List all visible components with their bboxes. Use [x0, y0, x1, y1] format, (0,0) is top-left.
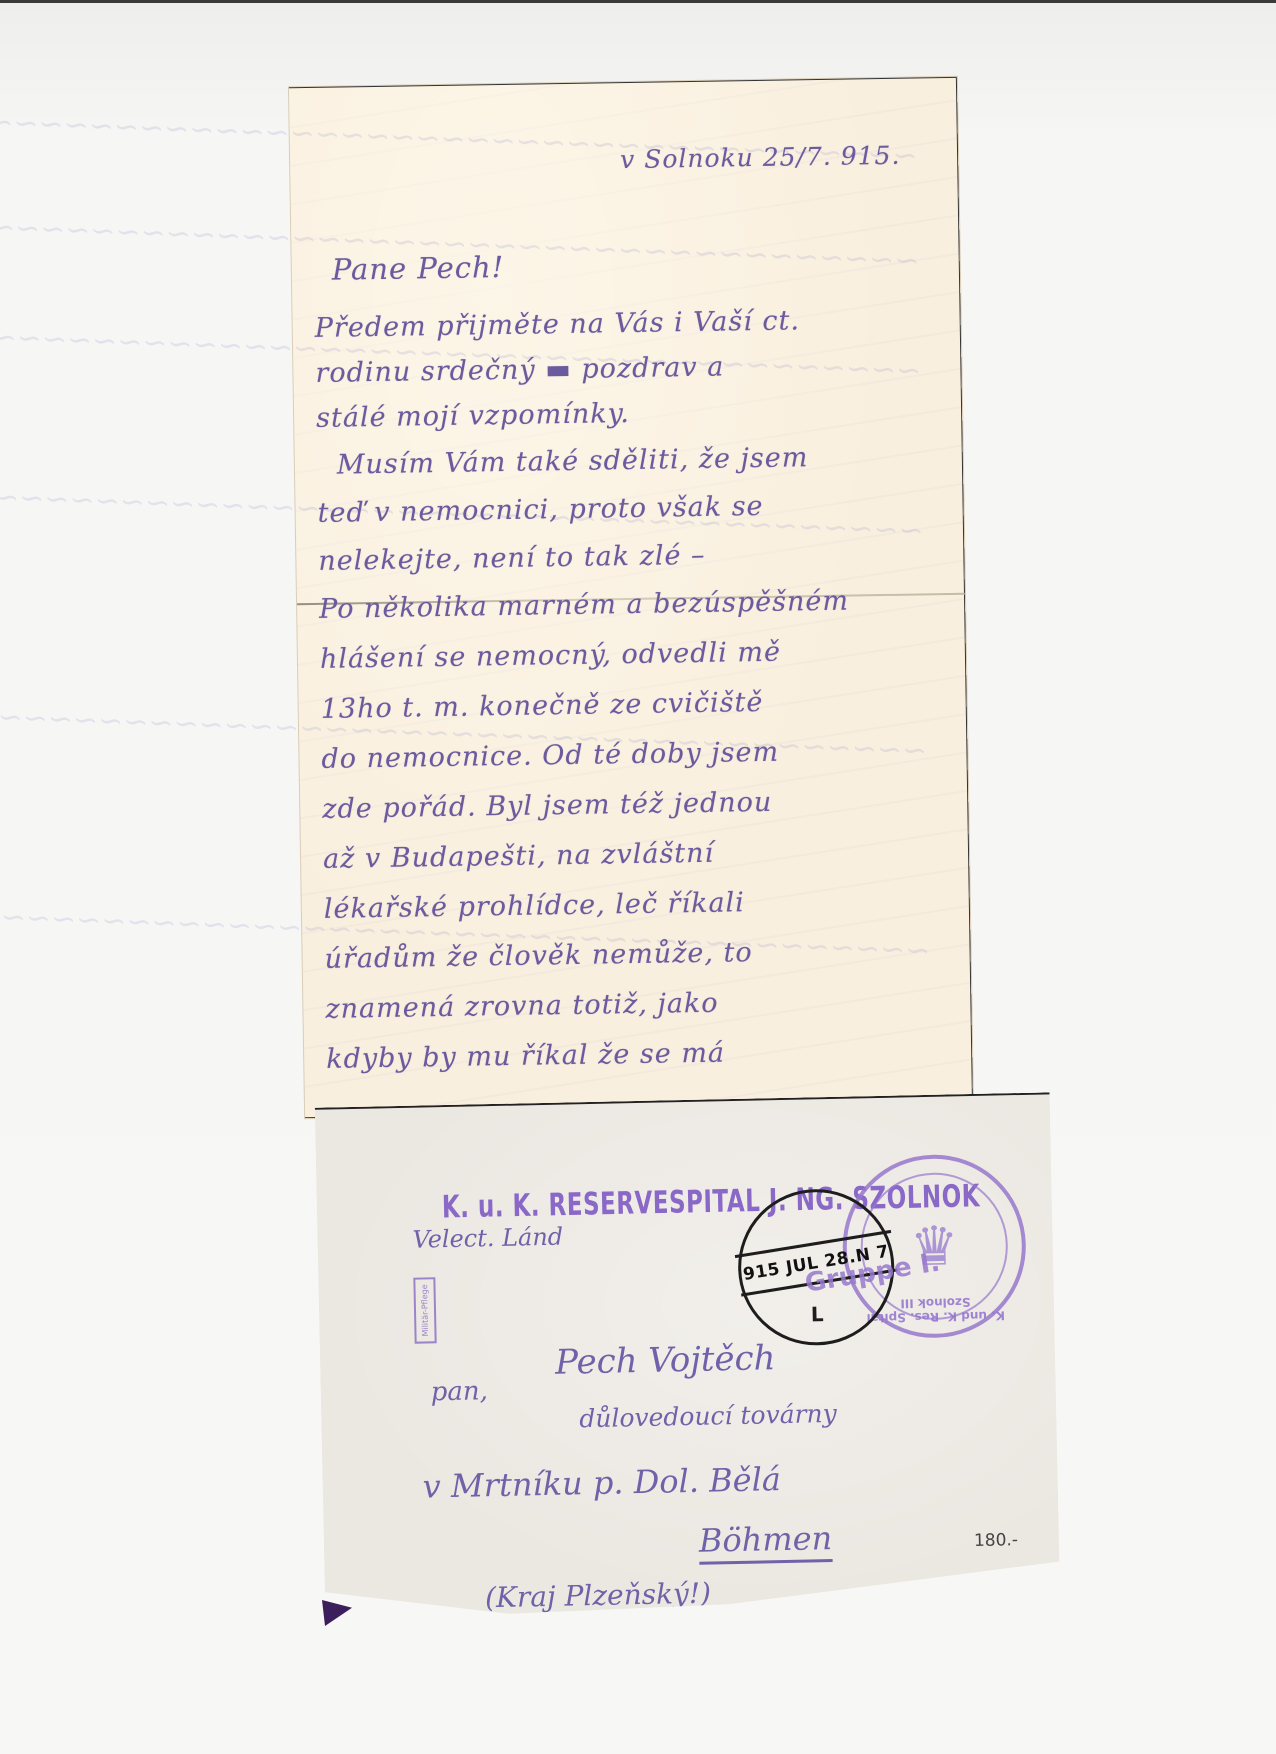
letter-salutation: Pane Pech! [332, 250, 505, 287]
recipient-place: v Mrtníku p. Dol. Bělá [422, 1460, 781, 1505]
inventory-mark: 2540 [975, 1575, 1014, 1594]
envelope: K. u. K. RESERVESPITAL J. NG. SZOLNOK Ve… [315, 1092, 1061, 1617]
censor-stamp: Militär-Pflege [413, 1277, 436, 1343]
letter-line: úřadům že člověk nemůže, to [324, 937, 752, 975]
price-mark: 180.- [974, 1530, 1018, 1551]
letter-line: Po několika marném a bezúspěšném [319, 586, 849, 625]
letter-line: až v Budapešti, na zvláštní [323, 838, 715, 875]
letter-line: Předem přijměte na Vás i Vaší ct. [314, 305, 800, 344]
letter-line: zde pořád. Byl jsem též jednou [322, 787, 773, 825]
recipient-name: Pech Vojtěch [555, 1338, 776, 1383]
envelope-lining-tab [322, 1600, 352, 1626]
letter-date: v Solnoku 25/7. 915. [620, 141, 901, 174]
postmark-code: L [742, 1301, 892, 1328]
letter-line: znamená zrovna totiž, jako [325, 988, 719, 1025]
letter-line: hlášení se nemocný, odvedli mě [320, 637, 781, 675]
letter-line: rodinu srdečný ▬ pozdrav a [315, 352, 724, 389]
scan-edge [0, 0, 1276, 3]
recipient-country: Böhmen [698, 1519, 832, 1560]
letter-line: kdyby by mu říkal že se má [326, 1038, 725, 1075]
letter-line: lékařské prohlídce, leč říkali [324, 887, 745, 925]
letter-line: do nemocnice. Od té doby jsem [321, 737, 779, 775]
handwritten-letter: ~~~~~~~~~~~~~~~~~~~~~~~~~~~~~~~~~~~~~~~~… [289, 77, 973, 1118]
letter-line: nelekejte, není to tak zlé – [318, 540, 706, 577]
letter-line: 13ho t. m. konečně ze cvičiště [320, 687, 763, 725]
letter-line: Musím Vám také sděliti, že jsem [337, 442, 809, 480]
sender-note: Velect. Lánd [412, 1223, 563, 1254]
recipient-salutation: pan, [430, 1376, 488, 1407]
letter-line: stálé mojí vzpomínky. [316, 398, 630, 434]
recipient-region: (Kraj Plzeňský!) [485, 1577, 712, 1615]
recipient-role: důlovedoucí továrny [579, 1399, 837, 1433]
